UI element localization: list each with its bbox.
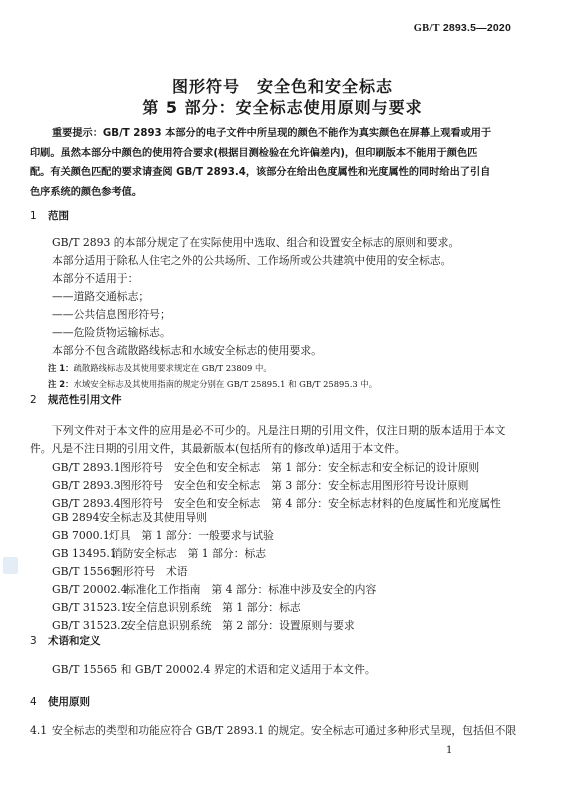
- reference-item: GB 7000.1灯具 第 1 部分：一般要求与试验: [52, 528, 274, 543]
- clause-text: 安全标志的类型和功能应符合 GB/T 2893.1 的规定。安全标志可通过多种形…: [52, 724, 516, 737]
- section-2-heading: 2规范性引用文件: [30, 392, 122, 407]
- page-number: 1: [446, 745, 452, 756]
- watermark-icon: [3, 557, 18, 574]
- references-intro-line-2: 件。凡是不注日期的引用文件，其最新版本(包括所有的修改单)适用于本文件。: [30, 442, 406, 456]
- standard-code: GB/T 2893.5—2020: [414, 22, 511, 34]
- notice-line: 重要提示：GB/T 2893 本部分的电子文件中所呈现的颜色不能作为真实颜色在屏…: [30, 124, 498, 144]
- title-line-2: 第 5 部分：安全标志使用原则与要求: [0, 95, 565, 118]
- reference-item: GB/T 2893.1图形符号 安全色和安全标志 第 1 部分：安全标志和安全标…: [52, 460, 479, 475]
- clause-number: 4.1: [30, 724, 52, 738]
- terms-paragraph: GB/T 15565 和 GB/T 20002.4 界定的术语和定义适用于本文件…: [52, 663, 376, 677]
- reference-item: GB/T 2893.4图形符号 安全色和安全标志 第 4 部分：安全标志材料的色…: [52, 496, 501, 511]
- scope-list-item: ——危险货物运输标志。: [52, 326, 171, 340]
- scope-list-item: ——道路交通标志；: [52, 290, 149, 304]
- reference-item: GB/T 20002.4标准化工作指南 第 4 部分：标准中涉及安全的内容: [52, 582, 376, 597]
- scope-list-item: ——公共信息图形符号；: [52, 308, 171, 322]
- section-1-heading: 1范围: [30, 208, 69, 223]
- references-intro-line-1: 下列文件对于本文件的应用是必不可少的。凡是注日期的引用文件，仅注日期的版本适用于…: [52, 424, 505, 438]
- title-line-1: 图形符号 安全色和安全标志: [0, 74, 565, 97]
- scope-paragraph: GB/T 2893 的本部分规定了在实际使用中选取、组合和设置安全标志的原则和要…: [52, 236, 459, 250]
- notice-line: 配。有关颜色匹配的要求请查阅 GB/T 2893.4，该部分在给出色度属性和光度…: [30, 163, 498, 183]
- notice-line: 印刷。虽然本部分中颜色的使用符合要求(根据目测检验在允许偏差内)，但印刷版本不能…: [30, 144, 498, 164]
- standard-code-prefix: GB/T: [414, 23, 440, 34]
- important-notice: 重要提示：GB/T 2893 本部分的电子文件中所呈现的颜色不能作为真实颜色在屏…: [30, 124, 498, 202]
- reference-item: GB/T 2893.3图形符号 安全色和安全标志 第 3 部分：安全标志用图形符…: [52, 478, 468, 493]
- clause-4-1: 4.1安全标志的类型和功能应符合 GB/T 2893.1 的规定。安全标志可通过…: [30, 724, 516, 738]
- reference-item: GB 2894安全标志及其使用导则: [52, 510, 207, 525]
- reference-item: GB 13495.1消防安全标志 第 1 部分：标志: [52, 546, 266, 561]
- notice-line: 色序系统的颜色参考值。: [30, 183, 498, 203]
- section-4-heading: 4使用原则: [30, 694, 90, 709]
- scope-paragraph: 本部分不适用于：: [52, 272, 138, 286]
- scope-paragraph: 本部分不包含疏散路线标志和水域安全标志的使用要求。: [52, 344, 322, 358]
- scope-note-1: 注 1：疏散路线标志及其使用要求规定在 GB/T 23809 中。: [48, 362, 272, 374]
- section-3-heading: 3术语和定义: [30, 633, 101, 648]
- standard-code-number: 2893.5—2020: [443, 22, 511, 34]
- reference-item: GB/T 31523.1安全信息识别系统 第 1 部分：标志: [52, 600, 301, 615]
- reference-item: GB/T 15565图形符号 术语: [52, 564, 188, 579]
- scope-paragraph: 本部分适用于除私人住宅之外的公共场所、工作场所或公共建筑中使用的安全标志。: [52, 254, 451, 268]
- scope-note-2: 注 2：水域安全标志及其使用指南的规定分别在 GB/T 25895.1 和 GB…: [48, 378, 377, 390]
- reference-item: GB/T 31523.2安全信息识别系统 第 2 部分：设置原则与要求: [52, 618, 355, 633]
